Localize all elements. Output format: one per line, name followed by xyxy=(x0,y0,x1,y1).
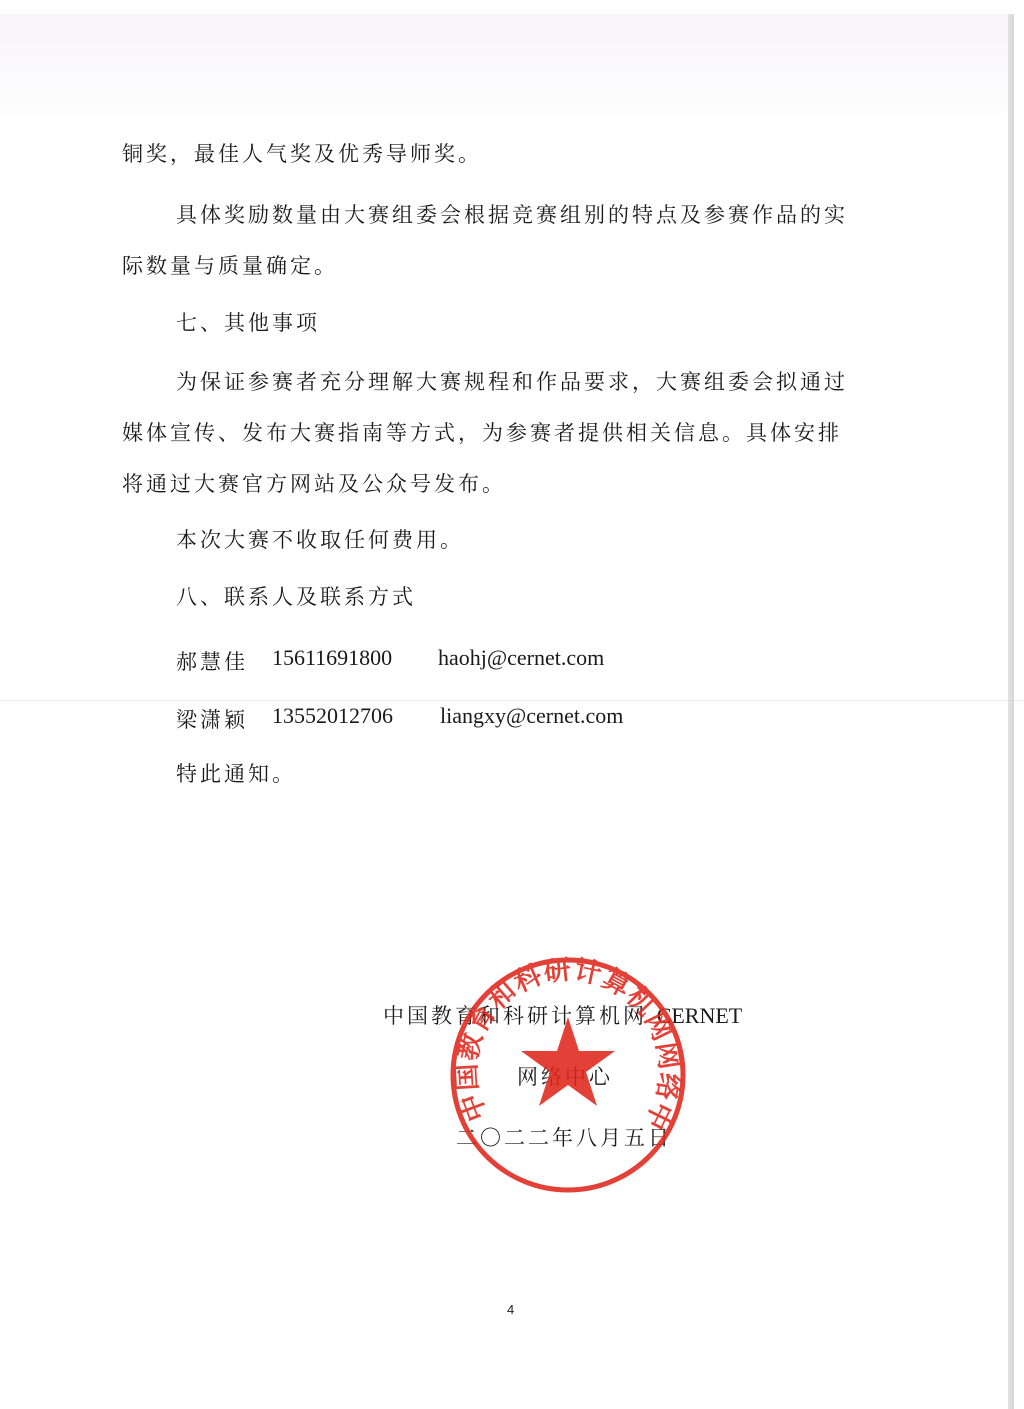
document-page: 铜奖，最佳人气奖及优秀导师奖。 具体奖励数量由大赛组委会根据竞赛组别的特点及参赛… xyxy=(0,0,1024,1409)
paragraph-no-fee: 本次大赛不收取任何费用。 xyxy=(176,530,464,551)
paragraph-publicity-line2: 媒体宣传、发布大赛指南等方式，为参赛者提供相关信息。具体安排 xyxy=(122,423,842,444)
section-heading-other-matters: 七、其他事项 xyxy=(176,313,320,334)
paragraph-publicity-line3: 将通过大赛官方网站及公众号发布。 xyxy=(122,474,506,495)
paragraph-publicity-line1: 为保证参赛者充分理解大赛规程和作品要求，大赛组委会拟通过 xyxy=(176,372,848,393)
contact-name: 郝慧佳 xyxy=(176,646,248,676)
contact-phone: 13552012706 xyxy=(272,703,393,729)
official-seal-icon: 中国教育和科研计算机网网络中心 xyxy=(448,955,688,1195)
closing-text: 特此通知。 xyxy=(176,764,296,785)
paragraph-award-quantity-line1: 具体奖励数量由大赛组委会根据竞赛组别的特点及参赛作品的实 xyxy=(176,205,848,226)
section-heading-contacts: 八、联系人及联系方式 xyxy=(176,587,416,608)
contact-phone: 15611691800 xyxy=(272,645,392,671)
page-number: 4 xyxy=(507,1302,514,1317)
contact-email[interactable]: haohj@cernet.com xyxy=(438,645,604,671)
contact-name: 梁潇颖 xyxy=(176,704,248,734)
contact-email[interactable]: liangxy@cernet.com xyxy=(440,703,623,729)
paragraph-award-quantity-line2: 际数量与质量确定。 xyxy=(122,256,338,277)
paragraph-awards-tail: 铜奖，最佳人气奖及优秀导师奖。 xyxy=(122,144,482,165)
